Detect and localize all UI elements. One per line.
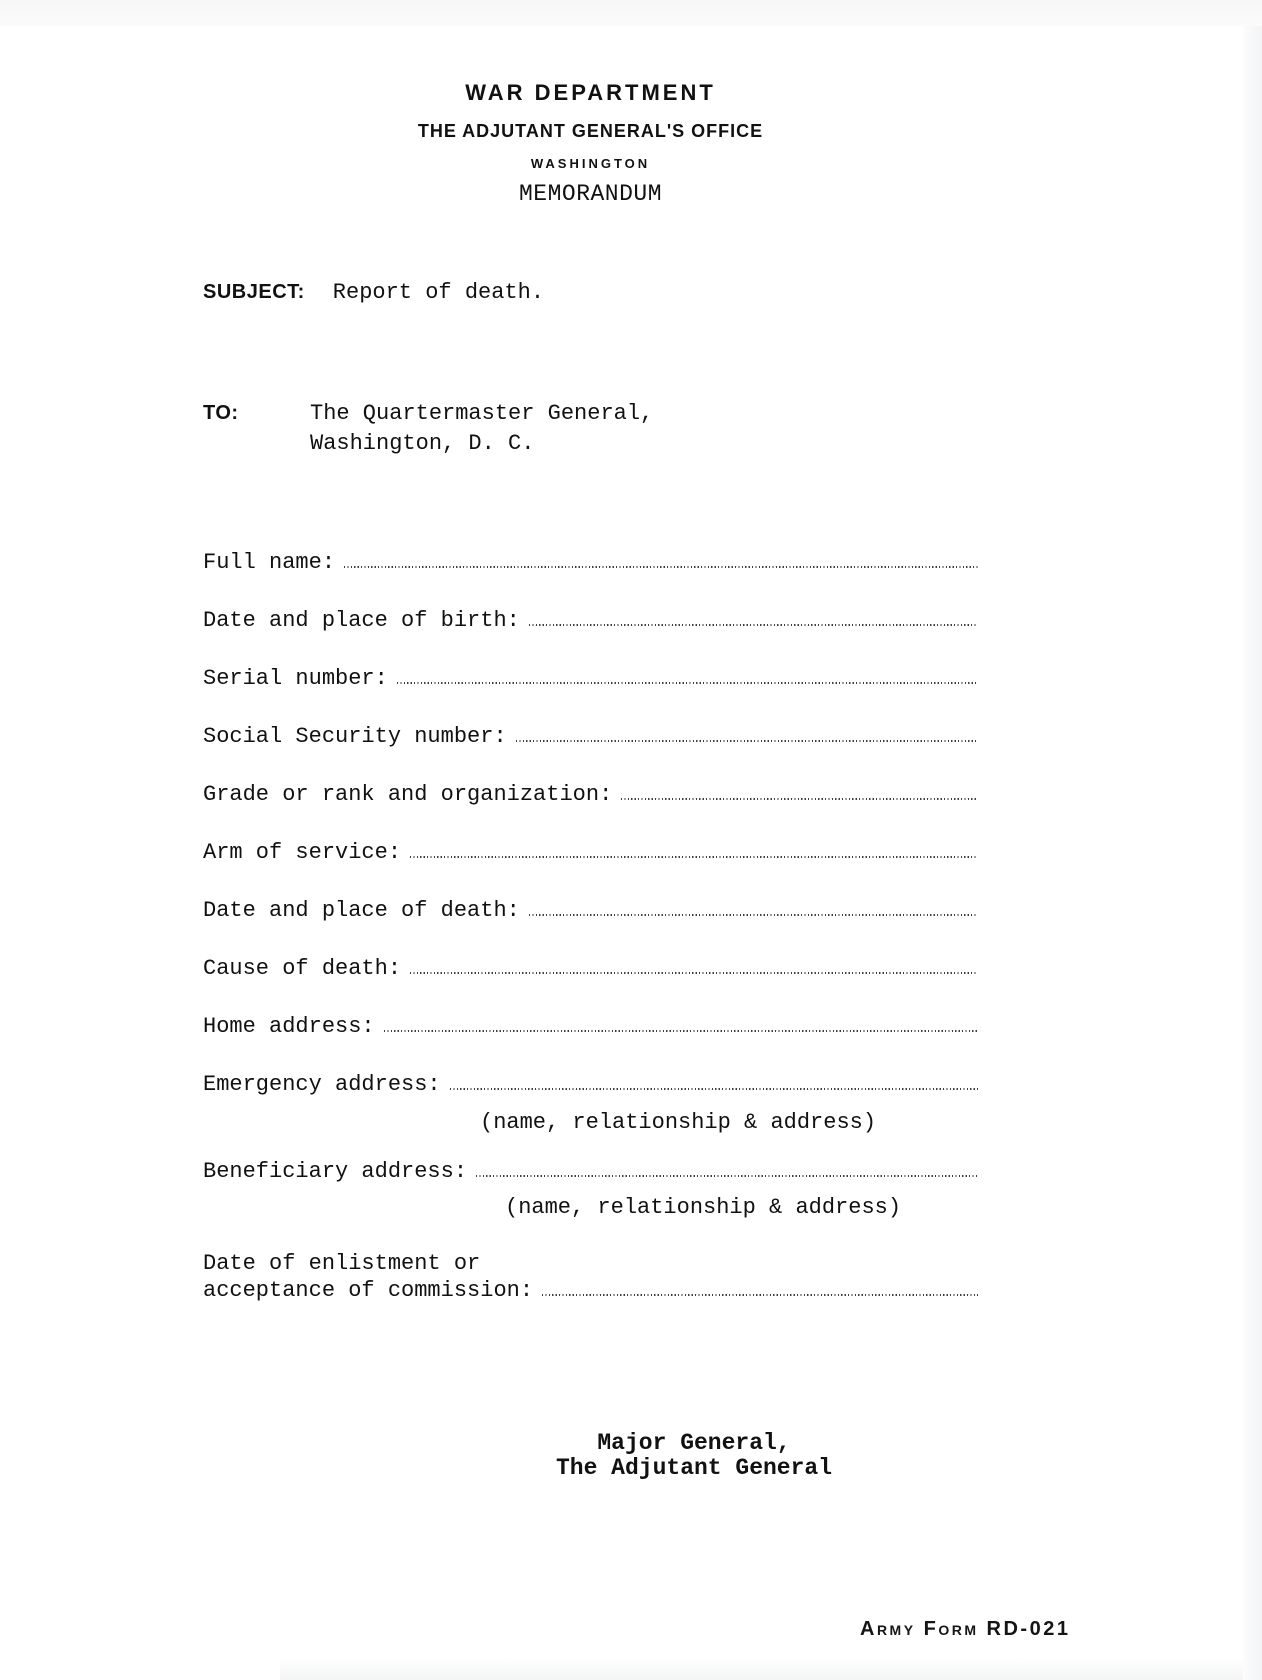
blank-dotted-line xyxy=(516,740,978,742)
blank-dotted-line xyxy=(476,1175,978,1177)
viewer-right-edge xyxy=(1243,26,1262,1680)
field-row-emergency-address: Emergency address: (name, relationship &… xyxy=(203,1072,978,1097)
blank-dotted-line xyxy=(410,972,978,974)
department-title: WAR DEPARTMENT xyxy=(203,80,978,105)
blank-dotted-line xyxy=(450,1088,978,1090)
blank-dotted-line xyxy=(529,914,978,916)
signature-line1: Major General, xyxy=(394,1431,994,1456)
to-value: The Quartermaster General, Washington, D… xyxy=(310,399,653,459)
blank-dotted-line xyxy=(529,624,978,626)
blank-dotted-line xyxy=(344,566,978,568)
field-label-line1: Date of enlistment or xyxy=(203,1250,978,1278)
to-value-line1: The Quartermaster General, xyxy=(310,399,653,429)
field-sublabel: (name, relationship & address) xyxy=(505,1195,901,1220)
signature-block: Major General, The Adjutant General xyxy=(394,1431,994,1481)
blank-dotted-line xyxy=(410,856,978,858)
subject-value: Report of death. xyxy=(333,280,544,305)
field-row-ssn: Social Security number: xyxy=(203,724,978,749)
field-label: Arm of service: xyxy=(203,840,401,865)
blank-dotted-line xyxy=(542,1294,978,1296)
blank-dotted-line xyxy=(384,1030,978,1032)
field-row-serial-number: Serial number: xyxy=(203,666,978,691)
field-label: Emergency address: xyxy=(203,1072,441,1097)
city-subtitle: WASHINGTON xyxy=(203,156,978,171)
field-label: Full name: xyxy=(203,550,335,575)
field-label: Cause of death: xyxy=(203,956,401,981)
field-row-full-name: Full name: xyxy=(203,550,978,575)
to-value-line2: Washington, D. C. xyxy=(310,429,653,459)
signature-line2: The Adjutant General xyxy=(394,1456,994,1481)
field-row-home-address: Home address: xyxy=(203,1014,978,1039)
letterhead: WAR DEPARTMENT THE ADJUTANT GENERAL'S OF… xyxy=(203,80,978,207)
field-label: Grade or rank and organization: xyxy=(203,782,612,807)
subject-row: SUBJECT: Report of death. xyxy=(203,280,544,305)
field-label-line2: acceptance of commission: xyxy=(203,1278,533,1303)
field-row-grade-rank: Grade or rank and organization: xyxy=(203,782,978,807)
memorandum-heading: MEMORANDUM xyxy=(203,181,978,207)
field-row-enlistment: Date of enlistment or acceptance of comm… xyxy=(203,1250,978,1303)
field-label: Date and place of death: xyxy=(203,898,520,923)
page-bottom-shadow xyxy=(280,1658,1243,1680)
field-label: Serial number: xyxy=(203,666,388,691)
subject-label: SUBJECT: xyxy=(203,281,305,304)
field-label: Home address: xyxy=(203,1014,375,1039)
to-row: TO: The Quartermaster General, Washingto… xyxy=(203,399,653,459)
field-label: Social Security number: xyxy=(203,724,507,749)
field-sublabel: (name, relationship & address) xyxy=(480,1110,876,1135)
field-row-cause-of-death: Cause of death: xyxy=(203,956,978,981)
blank-dotted-line xyxy=(397,682,978,684)
field-row-death: Date and place of death: xyxy=(203,898,978,923)
to-label: TO: xyxy=(203,402,310,425)
field-label: Date and place of birth: xyxy=(203,608,520,633)
form-number: Army Form RD-021 xyxy=(860,1618,1070,1641)
field-label: Beneficiary address: xyxy=(203,1159,467,1184)
field-row-birth: Date and place of birth: xyxy=(203,608,978,633)
blank-dotted-line xyxy=(621,798,978,800)
office-title: THE ADJUTANT GENERAL'S OFFICE xyxy=(203,121,978,142)
field-row-beneficiary-address: Beneficiary address: (name, relationship… xyxy=(203,1159,978,1184)
field-row-arm-of-service: Arm of service: xyxy=(203,840,978,865)
viewer-top-edge xyxy=(0,0,1262,26)
